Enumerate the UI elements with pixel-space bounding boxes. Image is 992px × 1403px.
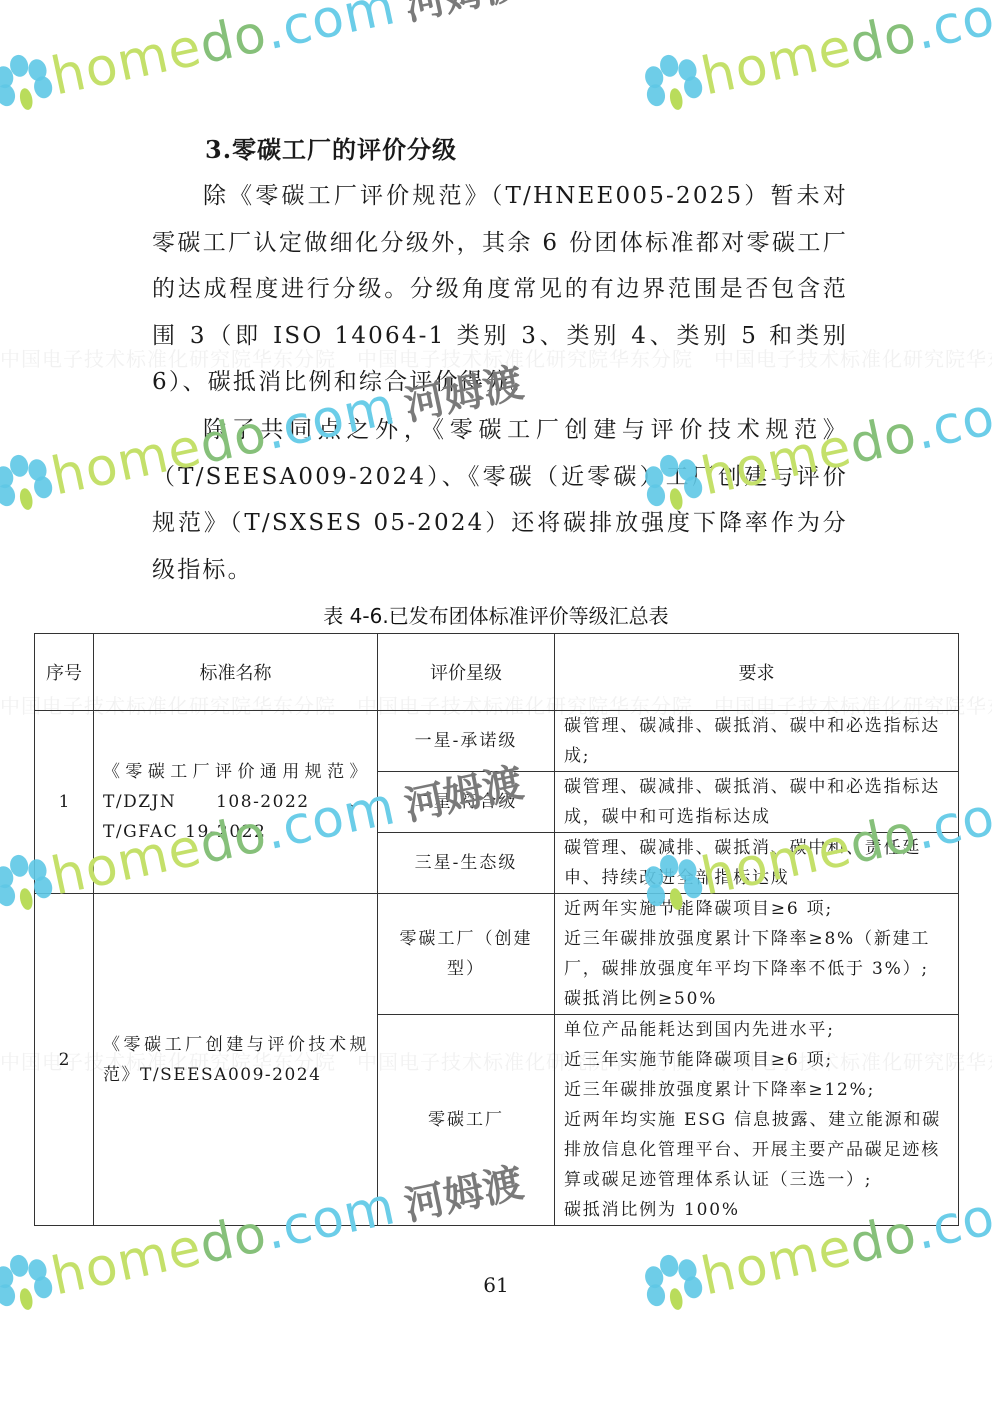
table-row: 1 《零碳工厂评价通用规范》T/DZJN 108-2022 、 T/GFAC 1…	[35, 711, 959, 772]
grade-summary-table: 序号 标准名称 评价星级 要求 1 《零碳工厂评价通用规范》T/DZJN 108…	[34, 633, 959, 1226]
requirement-line: 近三年实施节能降碳项目≥6 项;	[564, 1045, 949, 1075]
header-index: 序号	[35, 634, 94, 711]
section-heading: 3.零碳工厂的评价分级	[205, 130, 457, 165]
requirement-line: 近三年碳排放强度累计下降率≥12%;	[564, 1075, 949, 1105]
level-cell: 三星-生态级	[378, 833, 555, 894]
paragraph: 除了共同点之外，《零碳工厂创建与评价技术规范》（T/SEESA009-2024）…	[152, 407, 848, 593]
level-cell: 零碳工厂（创建型）	[378, 894, 555, 1015]
standard-name: 《零碳工厂评价通用规范》T/DZJN 108-2022 、 T/GFAC 19-…	[94, 711, 378, 894]
requirements-cell: 碳管理、碳减排、碳抵消、碳中和必选指标达成;	[555, 711, 959, 772]
header-standard-name: 标准名称	[94, 634, 378, 711]
requirement-line: 碳管理、碳减排、碳抵消、碳中和必选指标达成;	[564, 711, 949, 771]
requirement-line: 近两年均实施 ESG 信息披露、建立能源和碳排放信息化管理平台、开展主要产品碳足…	[564, 1105, 949, 1195]
row-index: 1	[35, 711, 94, 894]
requirement-line: 近三年碳排放强度累计下降率≥8%（新建工厂，碳排放强度年平均下降率不低于 3%）…	[564, 924, 949, 984]
requirement-line: 碳管理、碳减排、碳抵消、碳中和必选指标达成，碳中和可选指标达成	[564, 772, 949, 832]
requirements-cell: 碳管理、碳减排、碳抵消、碳中和必选指标达成，碳中和可选指标达成	[555, 772, 959, 833]
requirements-cell: 碳管理、碳减排、碳抵消、碳中和、责任延申、持续改进全部指标达成	[555, 833, 959, 894]
requirement-line: 碳管理、碳减排、碳抵消、碳中和、责任延申、持续改进全部指标达成	[564, 833, 949, 893]
level-cell: 零碳工厂	[378, 1015, 555, 1226]
header-level: 评价星级	[378, 634, 555, 711]
document-page: 3.零碳工厂的评价分级 除《零碳工厂评价规范》（T/HNEE005-2025）暂…	[0, 0, 992, 1403]
level-cell: 二星-符合级	[378, 772, 555, 833]
table-header-row: 序号 标准名称 评价星级 要求	[35, 634, 959, 711]
requirements-cell: 近两年实施节能降碳项目≥6 项; 近三年碳排放强度累计下降率≥8%（新建工厂，碳…	[555, 894, 959, 1015]
page-number: 61	[0, 1273, 992, 1297]
level-cell: 一星-承诺级	[378, 711, 555, 772]
header-requirements: 要求	[555, 634, 959, 711]
paragraph: 除《零碳工厂评价规范》（T/HNEE005-2025）暂未对零碳工厂认定做细化分…	[152, 173, 848, 406]
requirements-cell: 单位产品能耗达到国内先进水平; 近三年实施节能降碳项目≥6 项; 近三年碳排放强…	[555, 1015, 959, 1226]
requirement-line: 近两年实施节能降碳项目≥6 项;	[564, 894, 949, 924]
table-row: 2 《零碳工厂创建与评价技术规范》T/SEESA009-2024 零碳工厂（创建…	[35, 894, 959, 1015]
table-caption: 表 4-6.已发布团体标准评价等级汇总表	[0, 600, 992, 629]
row-index: 2	[35, 894, 94, 1226]
requirement-line: 碳抵消比例为 100%	[564, 1195, 949, 1225]
requirement-line: 碳抵消比例≥50%	[564, 984, 949, 1014]
requirement-line: 单位产品能耗达到国内先进水平;	[564, 1015, 949, 1045]
standard-name: 《零碳工厂创建与评价技术规范》T/SEESA009-2024	[94, 894, 378, 1226]
